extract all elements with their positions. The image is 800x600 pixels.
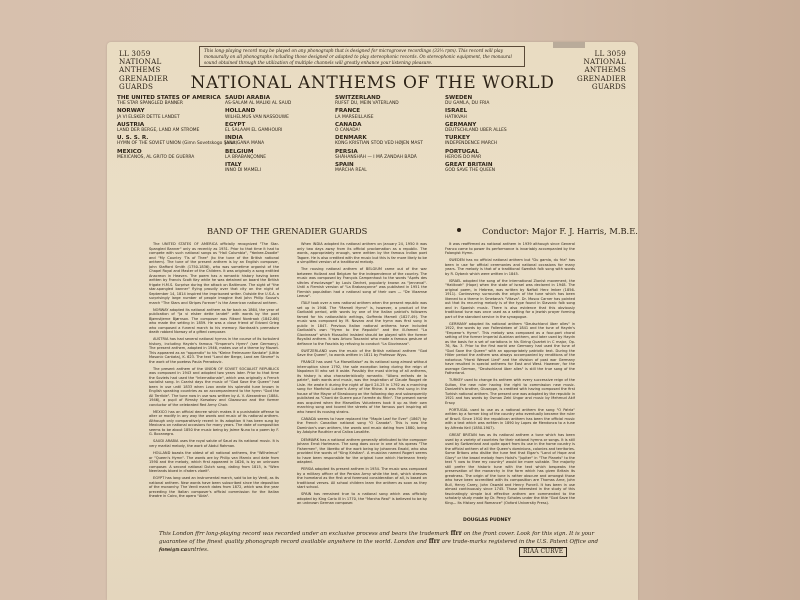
notes-paragraph: CANADA seems to have replaced the "Maple… xyxy=(297,417,427,435)
notes-paragraph: GERMANY adopted its national anthem "Deu… xyxy=(445,322,575,376)
notes-paragraph: SAUDI ARABIA uses the royal salute of Sa… xyxy=(149,439,279,448)
notes-paragraph: ITALY took over a new national anthem wh… xyxy=(297,301,427,346)
author-signature: DOUGLAS PUDNEY xyxy=(463,518,511,523)
anthem-title: HATIKVAH xyxy=(445,115,507,121)
printed-in: Printed in U.S.A. xyxy=(159,548,187,552)
notes-column: When INDIA adopted its national anthem o… xyxy=(297,242,427,526)
anthem-title: RUFST DU, MEIN VATERLAND xyxy=(335,101,423,107)
notes-paragraph: HOLLAND boasts the oldest of all nationa… xyxy=(149,451,279,474)
riaa-curve-badge: RIAA CURVE xyxy=(519,547,567,557)
notes-paragraph: It was reaffirmed as national anthem in … xyxy=(445,242,575,256)
anthem-title: HEROIS DO MAR xyxy=(445,155,507,161)
ffrr-logo-icon: ffrr xyxy=(451,530,462,538)
anthem-title: MARCHA REAL xyxy=(335,168,423,174)
notes-paragraph: SPAIN has remained true to a national so… xyxy=(297,492,427,506)
anthem-title: HYMN OF THE SOVIET UNION (Gimn Sovetskog… xyxy=(117,141,237,147)
notes-paragraph: EGYPT has long used an instrumental marc… xyxy=(149,476,279,499)
footer-text: of the finest quality phonograph record … xyxy=(189,539,427,545)
anthem-title: DU GAMLA, DU FRIA xyxy=(445,101,507,107)
notes-paragraph: SWEDEN has no official national anthem b… xyxy=(445,258,575,276)
notes-paragraph: SWITZERLAND uses the music of the Britis… xyxy=(297,349,427,358)
notes-paragraph: MEXICO has an official decree which make… xyxy=(149,410,279,437)
anthem-column: SAUDI ARABIAAS-SALAM AL MALIKI AL SAUDHO… xyxy=(225,95,291,175)
record-sleeve-back: LL 3059 NATIONAL ANTHEMS GRENADIER GUARD… xyxy=(107,42,638,600)
anthem-title: JANA GANA MANA xyxy=(225,141,291,147)
anthem-title: INDEPENDENCE MARCH xyxy=(445,141,507,147)
anthem-title: O CANADA! xyxy=(335,128,423,134)
bullet-separator xyxy=(457,228,461,232)
notes-paragraph: The present anthem of the UNION OF SOVIE… xyxy=(149,367,279,408)
album-title: NATIONAL ANTHEMS OF THE WORLD xyxy=(107,73,638,93)
notes-paragraph: PORTUGAL used to use as a national anthe… xyxy=(445,408,575,431)
anthem-title: LA BRABANÇONNE xyxy=(225,155,291,161)
anthem-title: KONG KRISTIAN STOD VED HØJEN MAST xyxy=(335,141,423,147)
anthem-title: MEXICANOS, AL GRITO DE GUERRA xyxy=(117,155,237,161)
notes-paragraph: When INDIA adopted its national anthem o… xyxy=(297,242,427,265)
notes-paragraph: TURKEY used to change its anthem with ev… xyxy=(445,378,575,405)
notes-paragraph: GREAT BRITAIN has as its national anthem… xyxy=(445,433,575,505)
sleeve-tab xyxy=(553,42,585,48)
notes-paragraph: FRANCE has used "La Marseillaise" as its… xyxy=(297,360,427,414)
notes-paragraph: The UNITED STATES OF AMERICA officially … xyxy=(149,242,279,305)
footer-text: This London ffrr long-playing record was… xyxy=(159,531,449,537)
playback-notice: This long-playing record may be played o… xyxy=(199,46,525,67)
notes-paragraph: The rousing national anthem of BELGIUM c… xyxy=(297,267,427,299)
anthem-title: EL SALAAM EL GAMHOURI xyxy=(225,128,291,134)
anthem-title: THE STAR SPANGLED BANNER xyxy=(117,101,237,107)
anthem-title: DEUTSCHLAND UBER ALLES xyxy=(445,128,507,134)
notes-paragraph: PERSIA adopted its present anthem in 193… xyxy=(297,467,427,490)
anthem-column: THE UNITED STATES OF AMERICATHE STAR SPA… xyxy=(117,95,237,162)
notes-paragraph: NORWAY adopted its national anthem as fa… xyxy=(149,308,279,335)
ffrr-logo-icon: ffrr xyxy=(429,538,440,546)
anthem-title: WILHELMUS VAN NASSOUWE xyxy=(225,115,291,121)
anthem-title: JA VI ELSKER DETTE LANDET xyxy=(117,115,237,121)
anthem-column: SWITZERLANDRUFST DU, MEIN VATERLANDFRANC… xyxy=(335,95,423,175)
band-name: BAND OF THE GRENADIER GUARDS xyxy=(207,226,367,236)
notes-paragraph: AUSTRIA has had several national hymns i… xyxy=(149,337,279,364)
notes-column: It was reaffirmed as national anthem in … xyxy=(445,242,575,514)
anthem-title: INNO DI MAMELI xyxy=(225,168,291,174)
notes-column: The UNITED STATES OF AMERICA officially … xyxy=(149,242,279,526)
notes-paragraph: DENMARK has a national anthem generally … xyxy=(297,438,427,465)
anthem-title: GOD SAVE THE QUEEN xyxy=(445,168,507,174)
anthem-title: LAND DER BERGE, LAND AM STROME xyxy=(117,128,237,134)
anthem-title: SHĀHANSHĀH — I MĀ ZANDAH BĀDĀ xyxy=(335,155,423,161)
anthem-title: AS-SALAM AL MALIKI AL SAUD xyxy=(225,101,291,107)
conductor-credit: Conductor: Major F. J. Harris, M.B.E. xyxy=(482,226,638,236)
anthem-title: LA MARSEILLAISE xyxy=(335,115,423,121)
anthem-column: SWEDENDU GAMLA, DU FRIAISRAELHATIKVAHGER… xyxy=(445,95,507,175)
notes-paragraph: ISRAEL adopted the song of the internati… xyxy=(445,279,575,320)
